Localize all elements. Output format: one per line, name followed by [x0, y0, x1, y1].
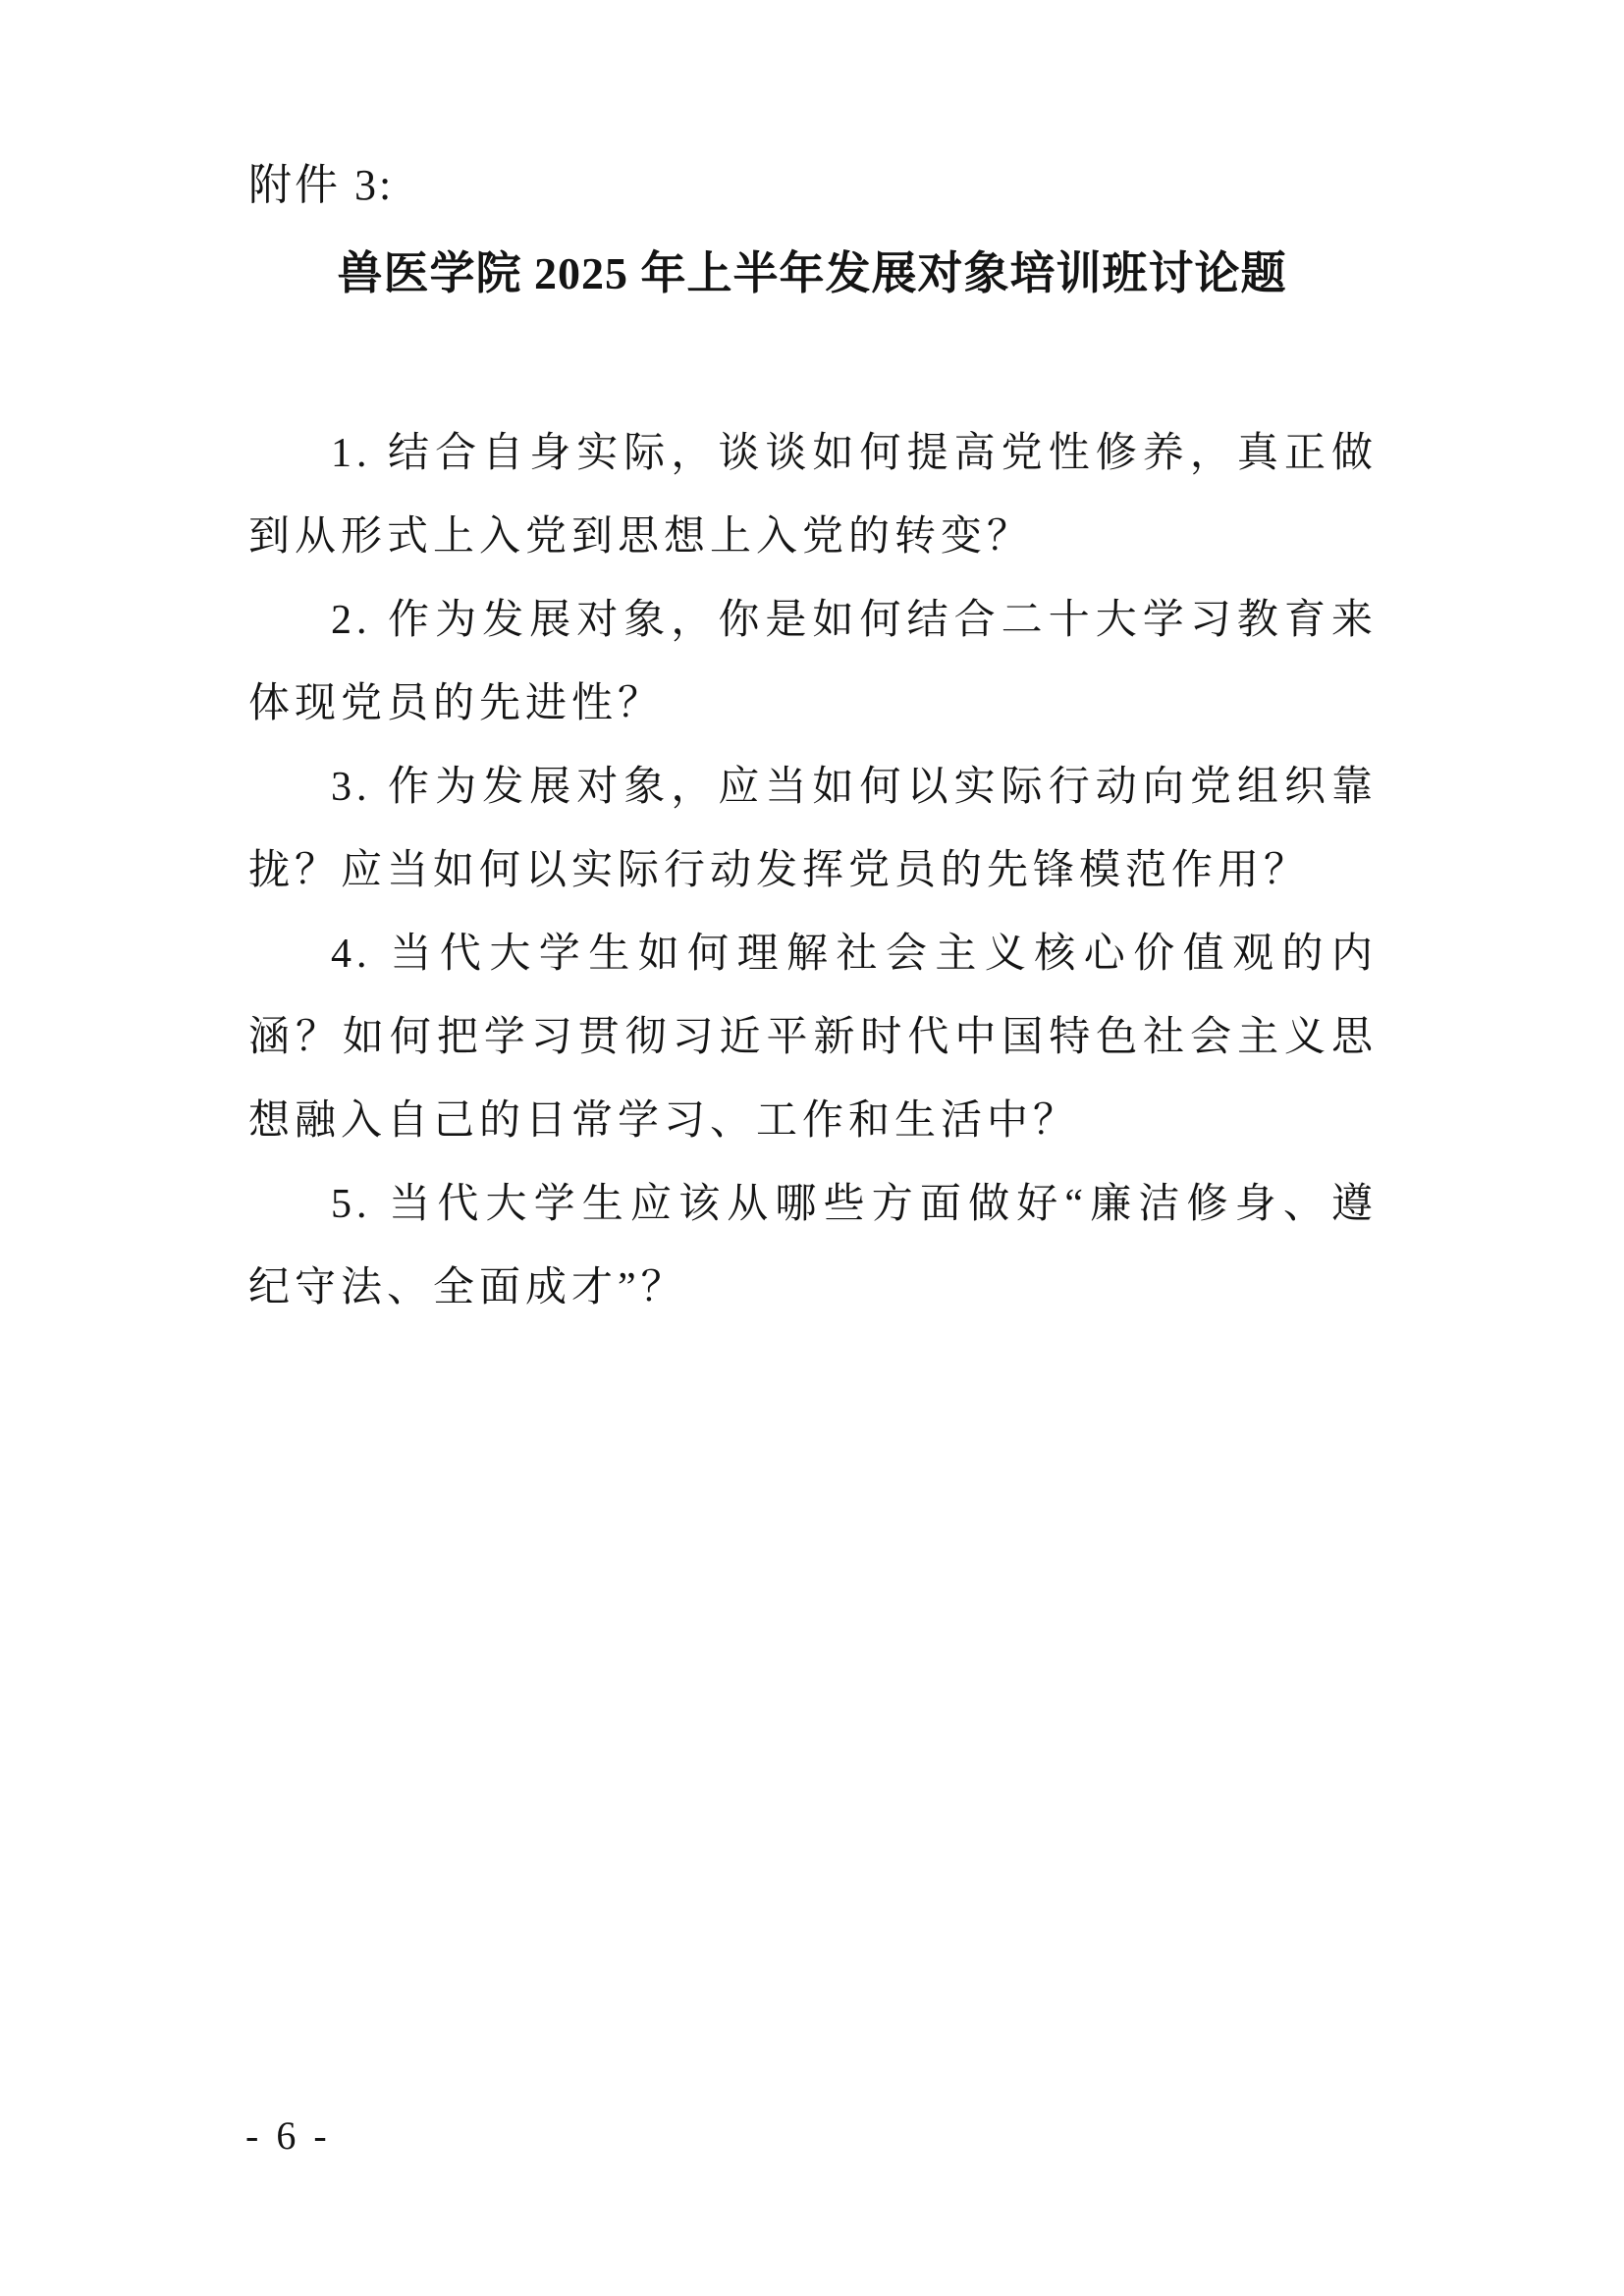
question-5: 5. 当代大学生应该从哪些方面做好“廉洁修身、遵纪守法、全面成才”？: [248, 1163, 1378, 1330]
document-title: 兽医学院 2025 年上半年发展对象培训班讨论题: [248, 238, 1376, 302]
question-3: 3. 作为发展对象，应当如何以实际行动向党组织靠拢？应当如何以实际行动发挥党员的…: [248, 746, 1378, 913]
attachment-label: 附件 3:: [248, 149, 394, 212]
page-number: - 6 -: [245, 2112, 331, 2159]
question-4: 4. 当代大学生如何理解社会主义核心价值观的内涵？如何把学习贯彻习近平新时代中国…: [248, 913, 1378, 1163]
question-list: 1. 结合自身实际，谈谈如何提高党性修养，真正做到从形式上入党到思想上入党的转变…: [248, 412, 1378, 1330]
document-page: 附件 3: 兽医学院 2025 年上半年发展对象培训班讨论题 1. 结合自身实际…: [0, 0, 1624, 2296]
question-1: 1. 结合自身实际，谈谈如何提高党性修养，真正做到从形式上入党到思想上入党的转变…: [248, 412, 1378, 579]
question-2: 2. 作为发展对象，你是如何结合二十大学习教育来体现党员的先进性？: [248, 579, 1378, 746]
